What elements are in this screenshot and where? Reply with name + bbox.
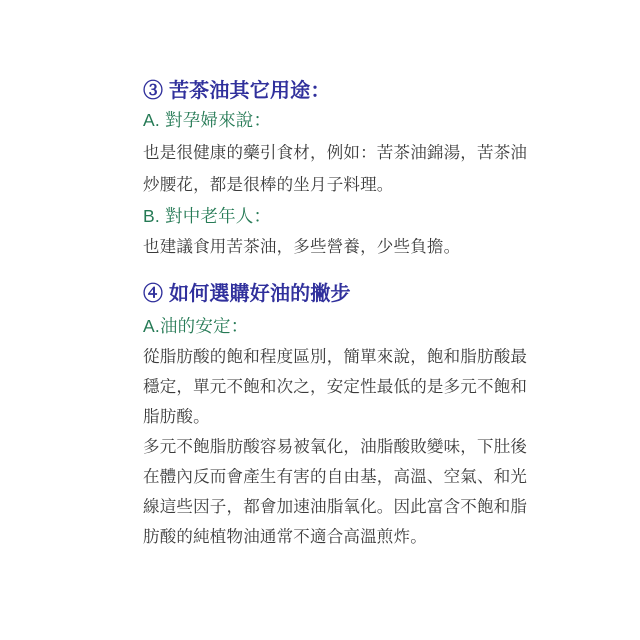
subsection-b-elderly-heading: B. 對中老年人： xyxy=(143,203,271,229)
body-line: 多元不飽脂肪酸容易被氧化，油脂酸敗變味，下肚後 xyxy=(143,434,527,460)
document-page: ③ 苦茶油其它用途： A. 對孕婦來說： 也是很健康的藥引食材，例如：苦茶油錦湯… xyxy=(0,0,640,640)
subsection-a-pregnant-heading: A. 對孕婦來說： xyxy=(143,107,271,133)
body-line: 在體內反而會產生有害的自由基，高溫、空氣、和光 xyxy=(143,464,527,490)
body-line: 肪酸的純植物油通常不適合高溫煎炸。 xyxy=(143,524,427,550)
body-line: 炒腰花，都是很棒的坐月子料理。 xyxy=(143,172,394,198)
body-line: 穩定，單元不飽和次之，安定性最低的是多元不飽和 xyxy=(143,374,527,400)
body-line: 線這些因子，都會加速油脂氧化。因此富含不飽和脂 xyxy=(143,494,527,520)
body-line: 也是很健康的藥引食材，例如：苦茶油錦湯，苦茶油 xyxy=(143,140,527,166)
body-line: 從脂肪酸的飽和程度區別，簡單來說，飽和脂肪酸最 xyxy=(143,344,527,370)
subsection-a-oil-stability-heading: A.油的安定： xyxy=(143,313,248,339)
body-line: 也建議食用苦茶油，多些營養，少些負擔。 xyxy=(143,234,460,260)
section-4-heading: ④ 如何選購好油的撇步 xyxy=(143,281,351,307)
body-line: 脂肪酸。 xyxy=(143,404,210,430)
section-3-heading: ③ 苦茶油其它用途： xyxy=(143,78,331,104)
